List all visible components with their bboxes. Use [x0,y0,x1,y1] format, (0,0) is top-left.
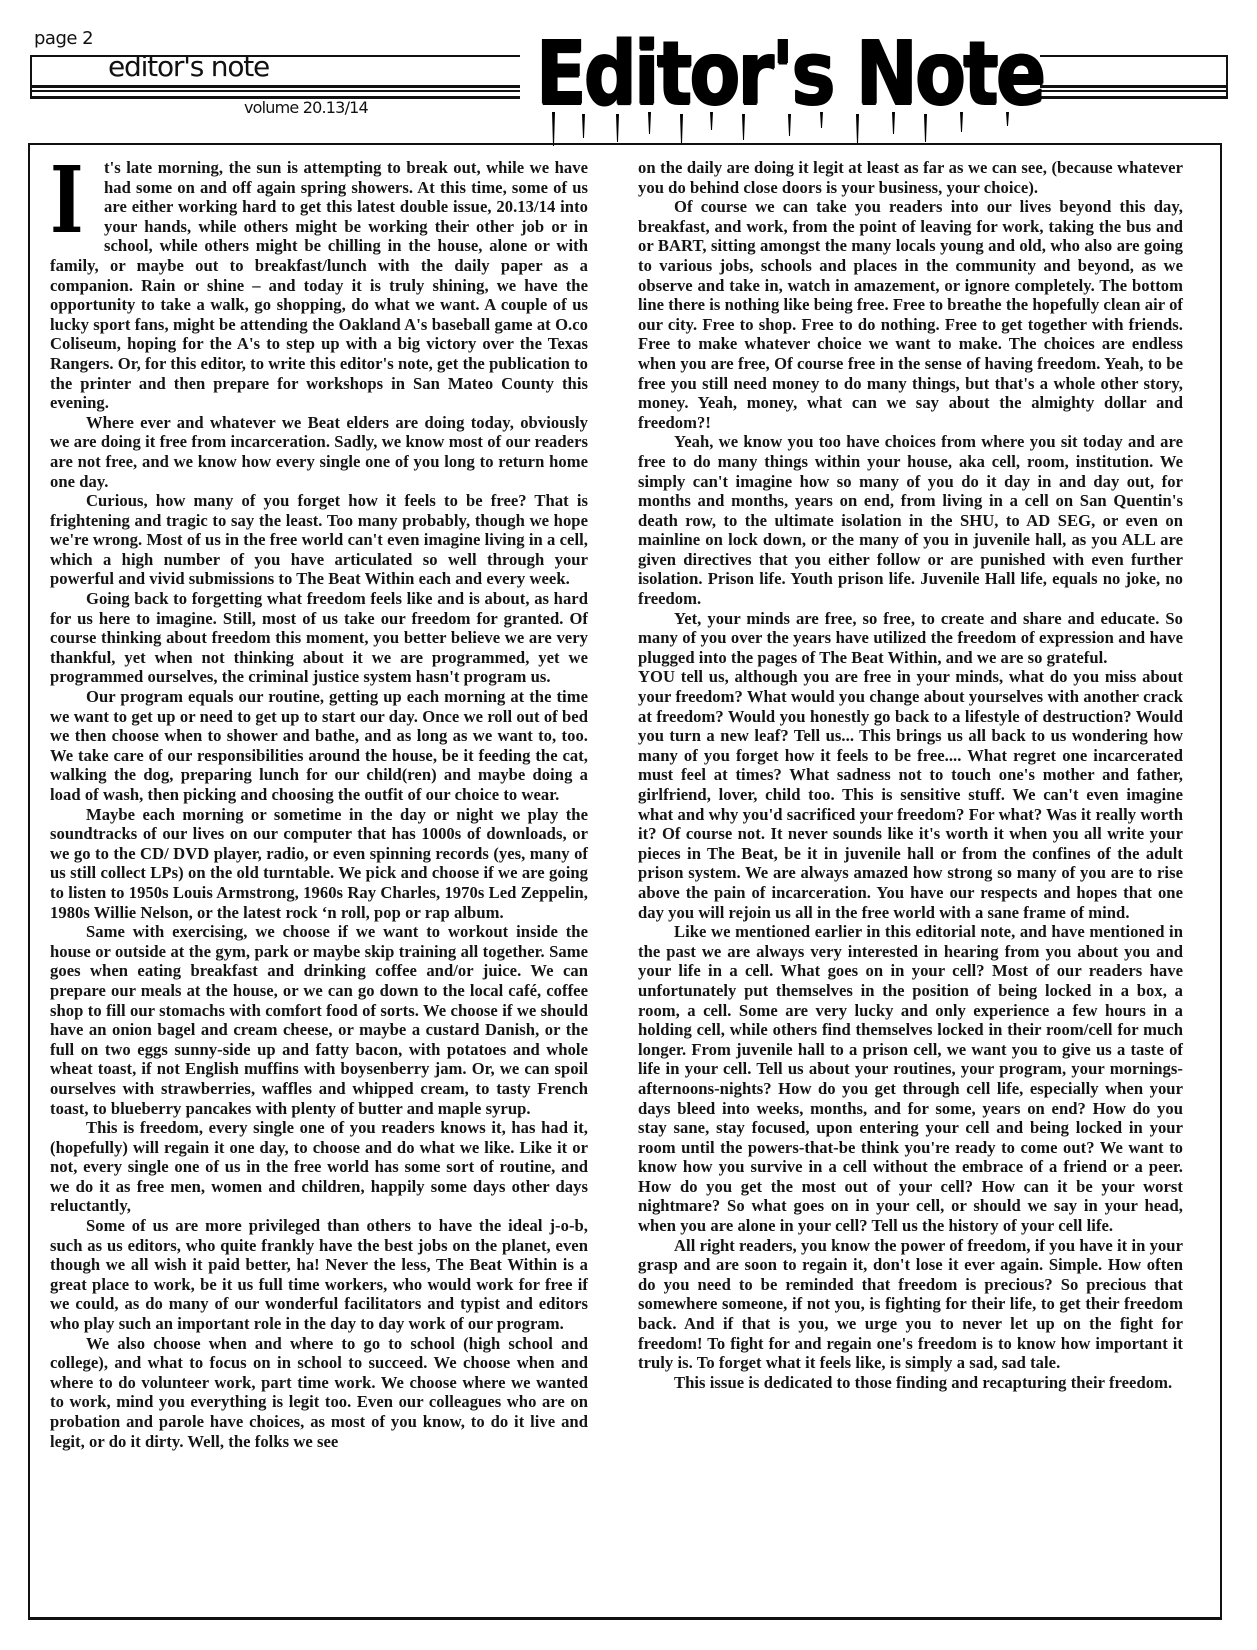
header-rule-edge [30,84,32,98]
page-number: page 2 [34,28,93,49]
article-column-right: on the daily are doing it legit at least… [638,158,1183,1392]
paragraph: Yeah, we know you too have choices from … [638,432,1183,608]
paragraph: Going back to forgetting what freedom fe… [50,589,588,687]
paragraph: Where ever and whatever we Beat elders a… [50,413,588,491]
section-label: editor's note [108,50,269,83]
paragraph: Curious, how many of you forget how it f… [50,491,588,589]
drop-cap: I [50,162,84,242]
paragraph: on the daily are doing it legit at least… [638,158,1183,197]
paragraph: Some of us are more privileged than othe… [50,1216,588,1334]
paragraph: Maybe each morning or sometime in the da… [50,805,588,923]
paragraph-text: t's late morning, the sun is attempting … [50,158,588,412]
paragraph: This issue is dedicated to those finding… [638,1373,1183,1393]
paragraph: Of course we can take you readers into o… [638,197,1183,432]
masthead: Editor's Note [520,16,1040,146]
paragraph: We also choose when and where to go to s… [50,1334,588,1452]
masthead-title: Editor's Note [536,26,1043,120]
paragraph: Yet, your minds are free, so free, to cr… [638,609,1183,668]
paragraph: It's late morning, the sun is attempting… [50,158,588,413]
volume-label: volume 20.13/14 [244,98,368,117]
article-column-left: It's late morning, the sun is attempting… [50,158,588,1451]
paragraph: YOU tell us, although you are free in yo… [638,667,1183,922]
paragraph: Like we mentioned earlier in this editor… [638,922,1183,1236]
paragraph: Our program equals our routine, getting … [50,687,588,805]
paragraph: Same with exercising, we choose if we wa… [50,922,588,1118]
paragraph: This is freedom, every single one of you… [50,1118,588,1216]
header-rule-edge [1226,84,1228,98]
paragraph: All right readers, you know the power of… [638,1236,1183,1373]
